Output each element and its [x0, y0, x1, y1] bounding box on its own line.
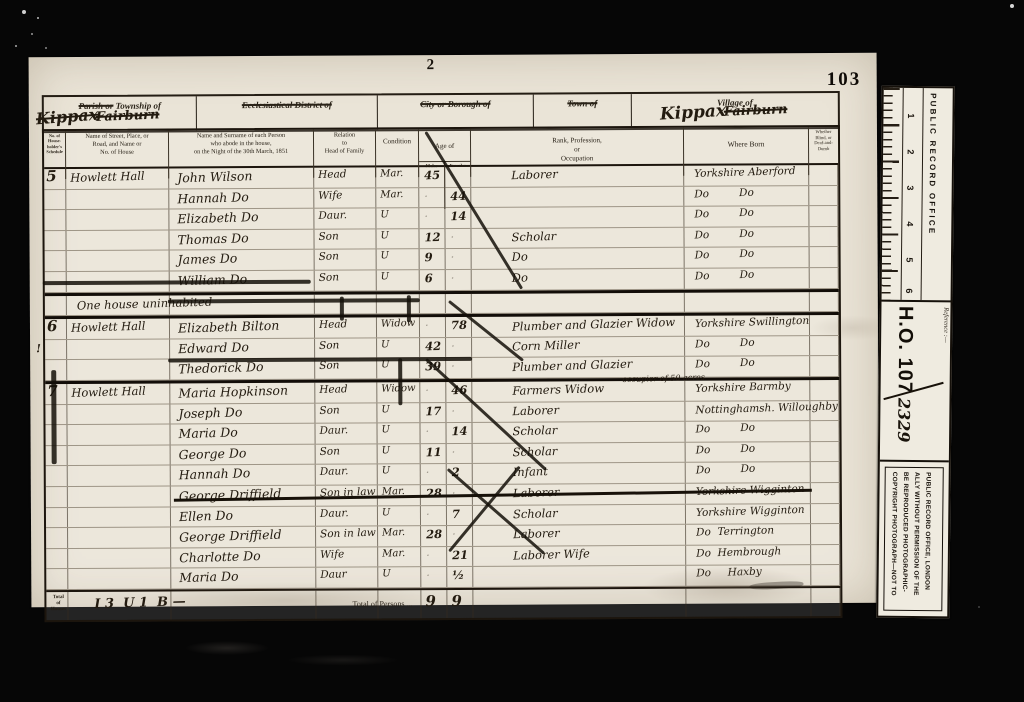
- name-cell: John Wilson: [169, 168, 314, 188]
- ruler-number: 1: [906, 113, 916, 118]
- schedule-cell: [44, 231, 66, 251]
- infirm-cell: [810, 292, 839, 312]
- ruler: 1 2 3 4 5 6 PUBLIC RECORD OFFICE: [882, 88, 953, 303]
- borough-label: City or Borough of: [420, 99, 490, 109]
- infirm-cell: [810, 380, 839, 400]
- ink-mark: [340, 297, 344, 321]
- relation-cell: Head: [315, 382, 377, 402]
- total-persons-label: Total of Persons ...: [353, 599, 413, 608]
- ink-mark: [407, 295, 411, 322]
- occupation-cell: [471, 207, 684, 228]
- schedule-cell: [46, 528, 68, 548]
- street-cell: [66, 189, 169, 209]
- occupation-cell: Laborer Wife: [473, 545, 686, 566]
- relation-cell: Son: [316, 444, 378, 464]
- age-male-cell: [420, 294, 446, 314]
- condition-cell: U: [377, 403, 420, 423]
- street-cell: [67, 404, 170, 424]
- condition-cell: Mar.: [378, 547, 421, 567]
- condition-cell: Widow: [377, 317, 420, 337]
- where-born-cell: Do Do: [684, 206, 809, 226]
- condition-cell: U: [376, 229, 419, 249]
- age-male-cell: 6: [420, 270, 446, 290]
- where-born-cell: [685, 292, 810, 312]
- condition-cell: U: [377, 423, 420, 443]
- ink-mark: [398, 358, 402, 405]
- name-cell: George Do: [171, 444, 316, 464]
- folio-number: 103: [827, 69, 862, 91]
- name-cell: Maria Hopkinson: [170, 383, 315, 403]
- where-born-cell: Do Do: [685, 248, 810, 268]
- schedule-cell: [46, 466, 68, 486]
- name-cell: Maria Do: [171, 568, 316, 588]
- town-field: Town of: [534, 94, 632, 129]
- age-male-cell: [420, 317, 446, 337]
- infirm-cell: [811, 545, 840, 565]
- where-born-cell: Do Do: [686, 462, 811, 482]
- age-male-cell: 28: [421, 485, 447, 505]
- occupation-cell: Infant: [473, 463, 686, 484]
- column-headers: No. of House- holder's Schedule Name of …: [44, 127, 838, 169]
- age-female-cell: [446, 270, 472, 290]
- relation-cell: Son: [314, 229, 376, 249]
- condition-cell: Mar.: [376, 167, 419, 187]
- totals-houses-cell: Total of Houses: [46, 592, 68, 620]
- age-female-cell: 7: [447, 505, 473, 525]
- pro-office-label: PUBLIC RECORD OFFICE: [922, 88, 953, 300]
- reference-prefix: H.O. 107: [894, 306, 917, 394]
- total-males: 9: [425, 592, 436, 610]
- totals-females-cell: 9: [447, 590, 473, 618]
- relation-cell: Wife: [316, 547, 378, 567]
- where-born-cell: Do Do: [686, 442, 811, 462]
- borough-field: City or Borough of: [378, 95, 534, 130]
- street-cell: [67, 425, 170, 445]
- age-male-cell: 9: [420, 249, 446, 269]
- age-male-cell: [419, 208, 445, 228]
- totals-infirm-cell: [811, 588, 840, 616]
- township-value: Kippax: [35, 105, 99, 129]
- infirm-cell: [810, 247, 839, 267]
- occupation-cell: Farmers Widow occupier of 50 acres: [472, 381, 685, 402]
- schedule-cell: [44, 190, 66, 210]
- relation-cell: Son: [315, 270, 377, 290]
- age-male-cell: [419, 188, 445, 208]
- township-value-struck: Fairburn: [96, 107, 160, 125]
- occupation-cell: Laborer: [472, 401, 685, 422]
- census-scan-page: { "page": { "sheet_number": "2", "folio_…: [0, 0, 1024, 702]
- schedule-cell: [46, 569, 68, 589]
- occupation-cell: Plumber and Glazier Widow: [472, 316, 685, 337]
- age-male-cell: 42: [420, 338, 446, 358]
- where-born-cell: Yorkshire Swillington: [685, 315, 810, 335]
- district-field: Ecclesiastical District of: [197, 95, 378, 130]
- relation-cell: Son in law: [316, 485, 378, 505]
- infirm-cell: [809, 227, 838, 247]
- totals-name-cell: [171, 591, 316, 620]
- village-value-struck: Fairburn: [724, 102, 788, 120]
- occupation-cell: Scholar: [473, 443, 686, 464]
- condition-cell: [377, 294, 420, 314]
- infirm-cell: [810, 315, 839, 335]
- infirm-cell: [810, 401, 839, 421]
- condition-cell: Mar.: [376, 188, 419, 208]
- ruler-number: 6: [904, 288, 914, 293]
- age-male-cell: [421, 464, 447, 484]
- dust-specks: [22, 10, 26, 14]
- infirm-cell: [811, 503, 840, 523]
- age-female-cell: 14: [445, 208, 471, 228]
- relation-cell: Head: [314, 167, 376, 187]
- occupation-cell: [472, 292, 685, 313]
- street-cell: [66, 230, 169, 250]
- name-cell: George Driffield: [171, 527, 316, 547]
- ink-mark: [51, 370, 56, 464]
- name-cell: Maria Do: [170, 424, 315, 444]
- schedule-cell: [44, 210, 66, 230]
- relation-cell: Son: [315, 250, 377, 270]
- totals-occupation-cell: [473, 589, 686, 618]
- age-female-cell: [447, 444, 473, 464]
- street-cell: [68, 548, 171, 568]
- relation-cell: Wife: [314, 188, 376, 208]
- street-cell: [68, 528, 171, 548]
- street-cell: [68, 569, 171, 589]
- name-cell: Charlotte Do: [171, 547, 316, 567]
- schedule-cell: [45, 296, 67, 316]
- street-cell: [67, 360, 170, 380]
- schedule-cell: 5: [44, 169, 66, 189]
- schedule-cell: [45, 251, 67, 271]
- condition-cell: U: [377, 250, 420, 270]
- ruler-number: 4: [905, 221, 915, 226]
- infirm-cell: [811, 565, 840, 585]
- street-cell: [68, 507, 171, 527]
- relation-cell: Daur.: [316, 465, 378, 485]
- schedule-cell: [46, 487, 68, 507]
- age-female-cell: [446, 249, 472, 269]
- village-value: Kippax: [659, 101, 726, 125]
- street-cell: [66, 210, 169, 230]
- district-label: Ecclesiastical District of: [242, 100, 332, 110]
- condition-cell: U: [378, 567, 421, 587]
- reference-piece: 2329: [894, 398, 913, 443]
- street-cell: Howlett Hall: [67, 319, 170, 339]
- condition-cell: Mar.: [378, 526, 421, 546]
- occupation-cell: [471, 186, 684, 207]
- condition-cell: Mar.: [378, 485, 421, 505]
- copyright-stamp: COPYRIGHT PHOTOGRAPH—NOT TO BE REPRODUCE…: [883, 467, 944, 612]
- ruler-number: 3: [905, 185, 915, 190]
- infirm-cell: [810, 421, 839, 441]
- condition-cell: U: [377, 338, 420, 358]
- street-cell: [68, 445, 171, 465]
- sheet-number: 2: [427, 57, 435, 74]
- ruler-number: 5: [904, 257, 914, 262]
- name-cell: Hannah Do: [171, 465, 316, 485]
- copyright-line: ALLY WITHOUT PERMISSION OF THE: [910, 472, 923, 606]
- infirm-cell: [810, 356, 839, 376]
- condition-cell: U: [378, 464, 421, 484]
- name-cell: Elizabeth Do: [169, 209, 314, 229]
- age-male-cell: 45: [419, 167, 445, 187]
- infirm-cell: [811, 483, 840, 503]
- village-field: Village of Kippax Fairburn: [632, 93, 838, 128]
- ruler-ticks: [882, 88, 903, 300]
- schedule-cell: 6: [45, 319, 67, 339]
- age-female-cell: [445, 229, 471, 249]
- where-born-cell: Yorkshire Barmby: [685, 380, 810, 400]
- infirm-cell: [811, 524, 840, 544]
- condition-cell: U: [378, 506, 421, 526]
- occupation-cell: Laborer: [471, 166, 684, 187]
- occupation-cell: Laborer: [473, 525, 686, 546]
- infirm-cell: [809, 186, 838, 206]
- age-female-cell: [446, 358, 472, 378]
- where-born-cell: Yorkshire Wigginton: [686, 504, 811, 524]
- age-male-cell: 12: [419, 229, 445, 249]
- infirm-cell: [809, 165, 838, 185]
- totals-males-cell: 9: [421, 590, 447, 618]
- infirm-cell: [809, 206, 838, 226]
- name-cell: Elizabeth Bilton: [170, 318, 315, 338]
- where-born-cell: Do Do: [685, 336, 810, 356]
- street-cell: Howlett Hall: [66, 168, 169, 188]
- infirm-cell: [811, 442, 840, 462]
- occupation-cell: Scholar: [471, 228, 684, 249]
- totals-street-cell: I 3 U 1 B —: [68, 591, 171, 620]
- age-male-cell: [420, 423, 446, 443]
- town-label: Town of: [567, 98, 597, 108]
- where-born-cell: Do Hembrough: [686, 545, 811, 565]
- street-cell: [67, 251, 170, 271]
- schedule-cell: !: [45, 340, 67, 360]
- census-document: 2 103 Parish or Township of Kippax Fairb…: [29, 53, 880, 607]
- street-cell: [67, 339, 170, 359]
- infirm-cell: [810, 336, 839, 356]
- relation-cell: Daur.: [316, 506, 378, 526]
- age-male-cell: 11: [421, 444, 447, 464]
- condition-cell: U: [376, 208, 419, 228]
- age-male-cell: [421, 567, 447, 587]
- total-houses-label: Total of Houses: [48, 595, 68, 613]
- occupation-cell: [473, 566, 686, 587]
- relation-cell: Daur: [316, 568, 378, 588]
- relation-cell: Head: [315, 318, 377, 338]
- reference-section: H.O. 107 2329 Reference :—: [880, 302, 951, 463]
- condition-cell: U: [378, 444, 421, 464]
- relation-cell: Son: [315, 359, 377, 379]
- relation-cell: Son: [315, 403, 377, 423]
- pro-reference-strip: 1 2 3 4 5 6 PUBLIC RECORD OFFICE H.O. 10…: [876, 86, 955, 619]
- street-cell: [68, 486, 171, 506]
- age-female-cell: ½: [447, 567, 473, 587]
- age-male-cell: [421, 547, 447, 567]
- relation-cell: Son in law: [316, 526, 378, 546]
- schedule-cell: [46, 508, 68, 528]
- relation-cell: Daur.: [314, 209, 376, 229]
- col-age-label: Age of: [419, 139, 470, 151]
- name-cell: Edward Do: [170, 338, 315, 358]
- relation-cell: Daur.: [315, 424, 377, 444]
- scan-smudge: [140, 632, 430, 672]
- where-born-cell: Nottinghamsh. Willoughby: [685, 401, 810, 421]
- infirm-cell: [810, 268, 839, 288]
- where-born-cell: Do Do: [685, 421, 810, 441]
- condition-cell: U: [377, 270, 420, 290]
- ruler-number: 2: [906, 149, 916, 154]
- age-male-cell: [420, 382, 446, 402]
- schedule-cell: [46, 549, 68, 569]
- age-male-cell: 28: [421, 526, 447, 546]
- age-female-cell: [446, 338, 472, 358]
- infirm-cell: [811, 462, 840, 482]
- totals-born-cell: [686, 588, 811, 617]
- census-rows: 5 Howlett Hall John Wilson Head Mar. 45 …: [44, 165, 840, 590]
- ruler-numbers: 1 2 3 4 5 6: [901, 88, 924, 300]
- name-cell: Hannah Do: [169, 188, 314, 208]
- name-cell: Joseph Do: [170, 403, 315, 423]
- age-male-cell: 17: [420, 403, 446, 423]
- relation-cell: [315, 294, 377, 314]
- where-born-cell: Yorkshire Wigginton: [686, 483, 811, 503]
- age-female-cell: 78: [446, 317, 472, 337]
- name-cell: George Driffield: [171, 486, 316, 506]
- where-born-cell: Yorkshire Aberford: [684, 165, 809, 185]
- reference-label: Reference :—: [942, 307, 949, 342]
- age-female-cell: [446, 402, 472, 422]
- totals-row: Total of Houses I 3 U 1 B — 9 9 Total of…: [46, 586, 840, 620]
- name-cell: Thomas Do: [169, 230, 314, 250]
- where-born-cell: Do Do: [684, 227, 809, 247]
- where-born-cell: Do Do: [685, 268, 810, 288]
- relation-cell: Son: [315, 338, 377, 358]
- street-cell: Howlett Hall: [67, 383, 170, 403]
- total-females: 9: [451, 592, 462, 610]
- name-cell: Ellen Do: [171, 506, 316, 526]
- occupation-cell: Scholar: [473, 504, 686, 525]
- where-born-cell: Do Terrington: [686, 524, 811, 544]
- township-field: Parish or Township of Kippax Fairburn: [44, 96, 197, 131]
- copyright-line: PUBLIC RECORD OFFICE, LONDON: [921, 472, 934, 606]
- where-born-cell: Do Do: [684, 186, 809, 206]
- age-male-cell: [421, 506, 447, 526]
- occupation-cell: Do: [472, 269, 685, 290]
- name-cell: James Do: [170, 250, 315, 270]
- age-female-cell: 14: [446, 423, 472, 443]
- street-cell: [68, 466, 171, 486]
